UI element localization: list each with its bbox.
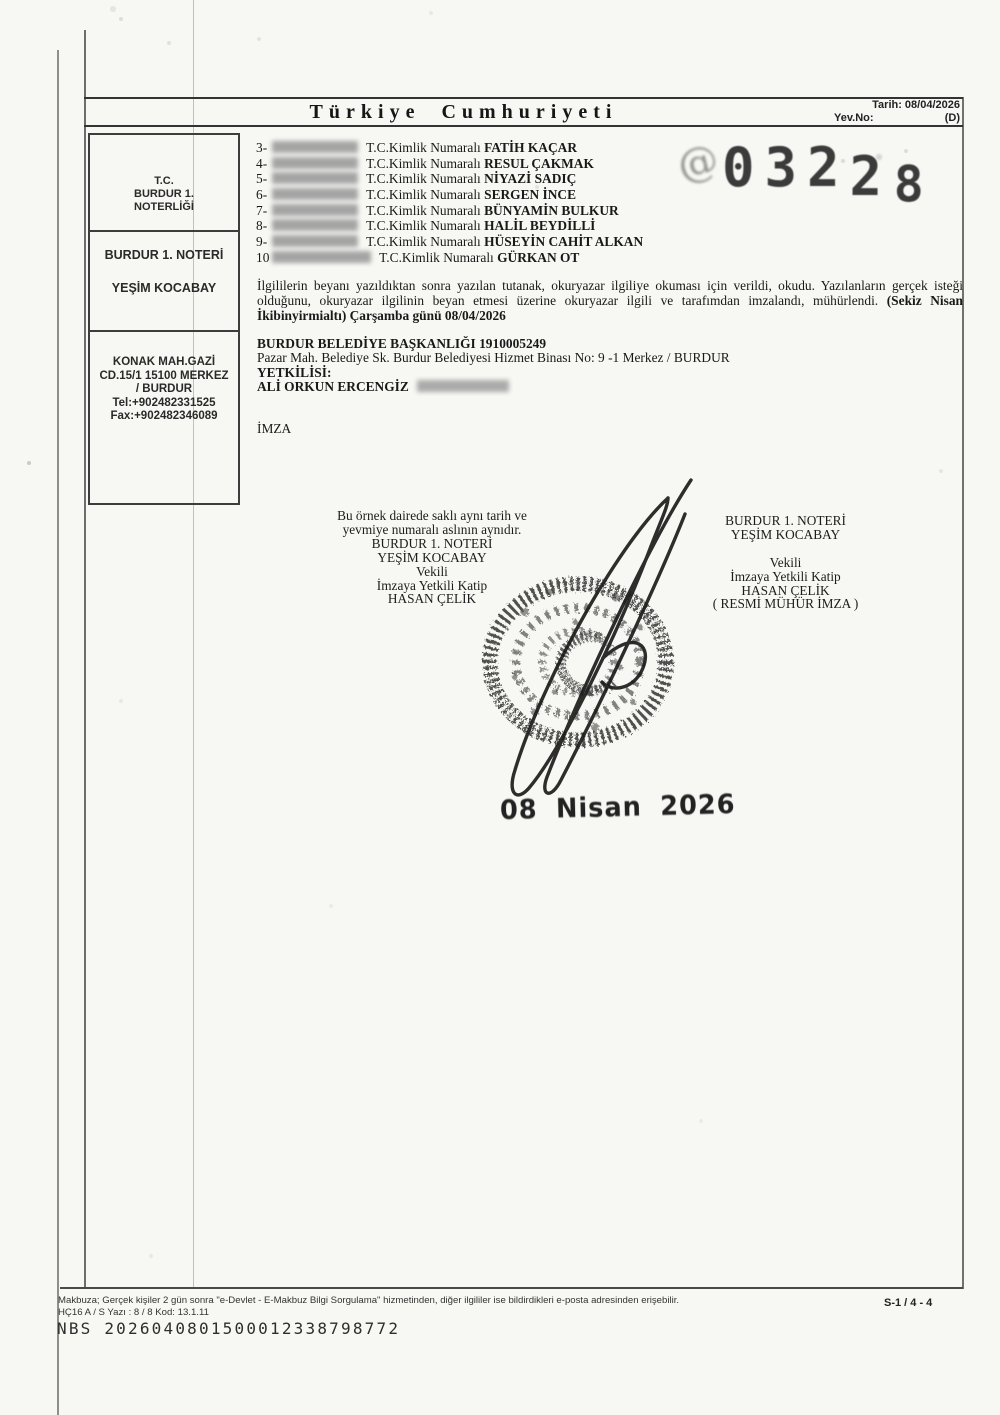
party-name: BÜNYAMİN BULKUR (484, 203, 619, 218)
redacted-id (272, 251, 371, 263)
party-number: 4- (256, 156, 270, 172)
party-number: 9- (256, 234, 270, 250)
header-band: Türkiye Cumhuriyeti (84, 97, 963, 127)
party-name: SERGEN İNCE (484, 187, 576, 202)
party-row: 5- T.C.Kimlik Numaralı NİYAZİ SADIÇ (256, 171, 643, 187)
redacted-id (272, 235, 358, 247)
address-line: Tel:+902482331525 (90, 397, 238, 411)
municipality-block: BURDUR BELEDİYE BAŞKANLIĞI 1910005249 Pa… (257, 337, 963, 394)
party-suffix: T.C.Kimlik Numaralı (363, 203, 484, 218)
party-number: 10 (256, 250, 270, 266)
page-title: Türkiye Cumhuriyeti (84, 101, 963, 124)
header-date: Tarih: 08/04/2026 (834, 99, 960, 112)
party-row: 7- T.C.Kimlik Numaralı BÜNYAMİN BULKUR (256, 203, 643, 219)
party-row: 8- T.C.Kimlik Numaralı HALİL BEYDİLLİ (256, 218, 643, 234)
notary-seal-svg (455, 462, 735, 822)
address-line: Fax:+902482346089 (90, 410, 238, 424)
redacted-id (272, 219, 358, 231)
frame-left-line (84, 30, 86, 1289)
paragraph-text: İlgililerin beyanı yazıldıktan sonra yaz… (257, 278, 963, 308)
footer-code-line: HÇ16 A / S Yazı : 8 / 8 Kod: 13.1.11 (58, 1307, 209, 1318)
party-name: FATİH KAÇAR (484, 140, 577, 155)
party-number: 8- (256, 218, 270, 234)
party-name: HALİL BEYDİLLİ (484, 218, 595, 233)
party-number: 3- (256, 140, 270, 156)
ink-smudge-mark: @ (673, 136, 723, 190)
notary-address-block: KONAK MAH.GAZİ CD.15/1 15100 MERKEZ / BU… (90, 332, 238, 424)
party-name: GÜRKAN OT (497, 250, 579, 265)
address-line: KONAK MAH.GAZİ (90, 356, 238, 370)
seal-ring (490, 584, 666, 740)
municipality-address: Pazar Mah. Belediye Sk. Burdur Belediyes… (257, 351, 963, 365)
scanned-notary-document: Türkiye Cumhuriyeti Tarih: 08/04/2026 Ye… (0, 0, 1000, 1415)
party-row: 6- T.C.Kimlik Numaralı SERGEN İNCE (256, 187, 643, 203)
party-row: 3- T.C.Kimlik Numaralı FATİH KAÇAR (256, 140, 643, 156)
party-suffix: T.C.Kimlik Numaralı (363, 187, 484, 202)
stamp-digit: 0 (722, 136, 765, 199)
date-stamp: 08 Nisan 2026 (500, 789, 736, 826)
notary-sidebar: T.C. BURDUR 1. NOTERLİĞİ BURDUR 1. NOTER… (88, 133, 240, 505)
notary-office-block: T.C. BURDUR 1. NOTERLİĞİ (90, 135, 238, 232)
address-line: CD.15/1 15100 MERKEZ (90, 370, 238, 384)
office-line: NOTERLİĞİ (90, 201, 238, 214)
party-name: NİYAZİ SADIÇ (484, 171, 576, 186)
notary-name-block: BURDUR 1. NOTERİ YEŞİM KOCABAY (90, 232, 238, 332)
yevno-label: Yev.No: (834, 112, 874, 125)
official-label: YETKİLİSİ: (257, 366, 963, 380)
signature-label: İMZA (257, 421, 291, 437)
page-number: S-1 / 4 - 4 (884, 1297, 932, 1309)
redacted-official-id (417, 380, 509, 392)
stamp-digit: 2 (850, 145, 893, 208)
stamp-digit: 3 (765, 136, 808, 199)
party-suffix: T.C.Kimlik Numaralı (376, 250, 497, 265)
nbs-barcode-number: NBS 2026040801500012338798772 (57, 1319, 400, 1338)
parties-list: 3- T.C.Kimlik Numaralı FATİH KAÇAR4- T.C… (256, 140, 643, 266)
party-suffix: T.C.Kimlik Numaralı (363, 156, 484, 171)
party-suffix: T.C.Kimlik Numaralı (363, 234, 484, 249)
redacted-id (272, 141, 358, 153)
party-row: 10 T.C.Kimlik Numaralı GÜRKAN OT (256, 250, 643, 266)
footer-notice: Makbuza; Gerçek kişiler 2 gün sonra "e-D… (58, 1295, 808, 1306)
notary-title: BURDUR 1. NOTERİ (90, 248, 238, 262)
office-line: T.C. (90, 175, 238, 188)
party-number: 6- (256, 187, 270, 203)
stamp-digit: 8 (894, 156, 933, 214)
official-name: ALİ ORKUN ERCENGİZ (257, 379, 409, 394)
address-line: / BURDUR (90, 383, 238, 397)
header-meta: Tarih: 08/04/2026 Yev.No: (D) (834, 99, 960, 125)
redacted-id (272, 172, 358, 184)
notary-seal-and-signature (455, 462, 735, 822)
office-line: BURDUR 1. (90, 188, 238, 201)
stamp-digit: 2 (807, 136, 850, 199)
frame-right-line (962, 97, 964, 1289)
party-number: 5- (256, 171, 270, 187)
frame-bottom-line (60, 1287, 963, 1289)
party-number: 7- (256, 203, 270, 219)
municipality-name: BURDUR BELEDİYE BAŞKANLIĞI 1910005249 (257, 337, 963, 351)
party-name: RESUL ÇAKMAK (484, 156, 594, 171)
header-yevno: Yev.No: (D) (834, 112, 960, 125)
official-line: ALİ ORKUN ERCENGİZ (257, 380, 963, 394)
notary-name: YEŞİM KOCABAY (90, 281, 238, 295)
party-name: HÜSEYİN CAHİT ALKAN (484, 234, 643, 249)
party-suffix: T.C.Kimlik Numaralı (363, 218, 484, 233)
redacted-id (272, 157, 358, 169)
yevno-value: (D) (945, 112, 960, 125)
party-row: 4- T.C.Kimlik Numaralı RESUL ÇAKMAK (256, 156, 643, 172)
party-suffix: T.C.Kimlik Numaralı (363, 140, 484, 155)
scan-noise (0, 0, 2, 2)
redacted-id (272, 188, 358, 200)
party-row: 9- T.C.Kimlik Numaralı HÜSEYİN CAHİT ALK… (256, 234, 643, 250)
party-suffix: T.C.Kimlik Numaralı (363, 171, 484, 186)
stamp-number: 03228 (722, 136, 935, 199)
redacted-id (272, 204, 358, 216)
paper-edge-line (57, 50, 59, 1415)
attestation-paragraph: İlgililerin beyanı yazıldıktan sonra yaz… (257, 278, 963, 324)
